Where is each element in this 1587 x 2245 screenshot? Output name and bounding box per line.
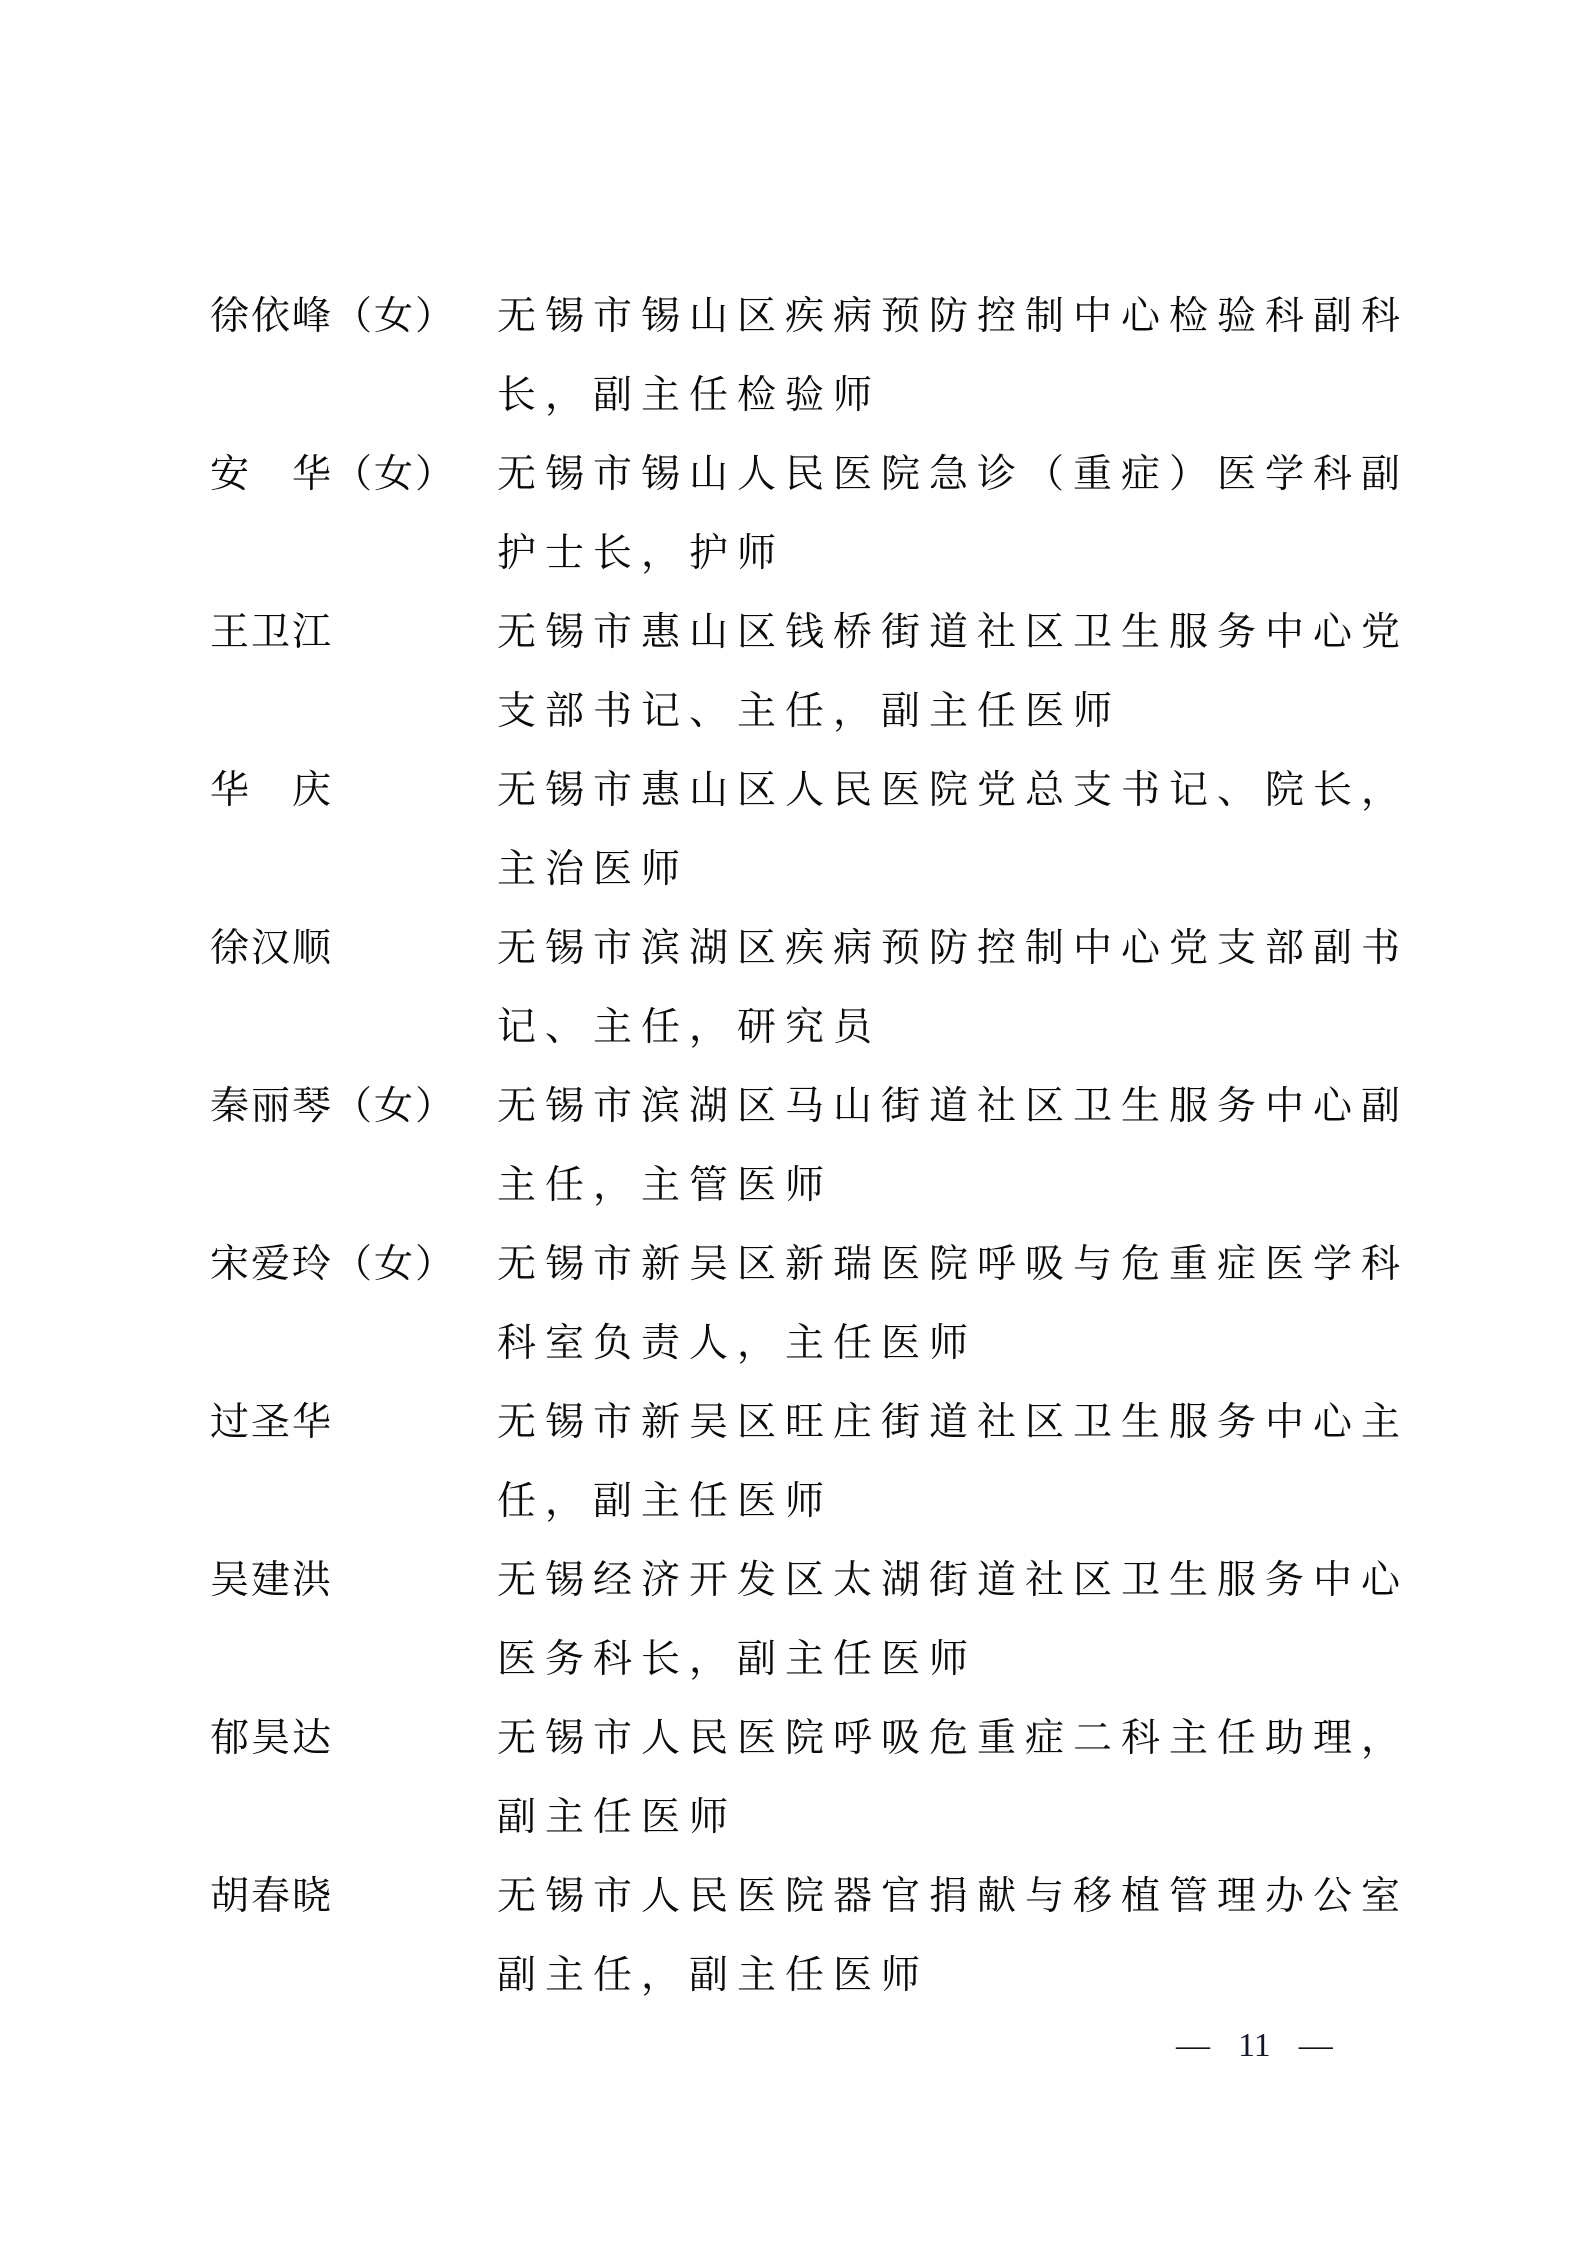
description-line: 无锡市人民医院器官捐献与移植管理办公室 [497,1857,1450,1936]
description-line: 支部书记、主任，副主任医师 [497,672,1450,751]
honoree-roster: 徐依峰（女） 无锡市锡山区疾病预防控制中心检验科副科 长，副主任检验师 安 华（… [210,277,1450,2015]
honoree-entry: 秦丽琴（女） 无锡市滨湖区马山街道社区卫生服务中心副 主任，主管医师 [210,1067,1450,1225]
honoree-entry: 华 庆 无锡市惠山区人民医院党总支书记、院长， 主治医师 [210,751,1450,909]
description-line: 副主任医师 [497,1778,1450,1857]
document-page: 徐依峰（女） 无锡市锡山区疾病预防控制中心检验科副科 长，副主任检验师 安 华（… [0,0,1587,2245]
honoree-name: 安 华（女） [210,435,497,514]
honoree-entry: 吴建洪 无锡经济开发区太湖街道社区卫生服务中心 医务科长，副主任医师 [210,1541,1450,1699]
description-line: 无锡市滨湖区马山街道社区卫生服务中心副 [497,1067,1450,1146]
honoree-entry: 安 华（女） 无锡市锡山人民医院急诊（重症）医学科副 护士长，护师 [210,435,1450,593]
honoree-name: 秦丽琴（女） [210,1067,497,1146]
page-number-left-dash: — [1176,2026,1210,2066]
page-number-value: 11 [1238,2026,1271,2066]
description-line: 记、主任，研究员 [497,988,1450,1067]
honoree-description: 无锡市锡山区疾病预防控制中心检验科副科 长，副主任检验师 [497,277,1450,435]
honoree-name: 徐依峰（女） [210,277,497,356]
description-line: 无锡市惠山区人民医院党总支书记、院长， [497,751,1450,830]
honoree-description: 无锡市人民医院器官捐献与移植管理办公室 副主任，副主任医师 [497,1857,1450,2015]
page-number-right-dash: — [1299,2026,1333,2066]
honoree-description: 无锡经济开发区太湖街道社区卫生服务中心 医务科长，副主任医师 [497,1541,1450,1699]
honoree-description: 无锡市锡山人民医院急诊（重症）医学科副 护士长，护师 [497,435,1450,593]
honoree-entry: 王卫江 无锡市惠山区钱桥街道社区卫生服务中心党 支部书记、主任，副主任医师 [210,593,1450,751]
description-line: 任，副主任医师 [497,1462,1450,1541]
honoree-entry: 徐依峰（女） 无锡市锡山区疾病预防控制中心检验科副科 长，副主任检验师 [210,277,1450,435]
honoree-name: 郁昊达 [210,1699,497,1778]
description-line: 无锡市锡山人民医院急诊（重症）医学科副 [497,435,1450,514]
honoree-description: 无锡市人民医院呼吸危重症二科主任助理， 副主任医师 [497,1699,1450,1857]
description-line: 主治医师 [497,830,1450,909]
honoree-name: 徐汉顺 [210,909,497,988]
description-line: 无锡市新吴区新瑞医院呼吸与危重症医学科 [497,1225,1450,1304]
honoree-description: 无锡市滨湖区疾病预防控制中心党支部副书 记、主任，研究员 [497,909,1450,1067]
page-number: — 11 — [1176,2026,1333,2066]
honoree-name: 胡春晓 [210,1857,497,1936]
honoree-description: 无锡市惠山区人民医院党总支书记、院长， 主治医师 [497,751,1450,909]
honoree-description: 无锡市滨湖区马山街道社区卫生服务中心副 主任，主管医师 [497,1067,1450,1225]
honoree-name: 华 庆 [210,751,497,830]
honoree-entry: 胡春晓 无锡市人民医院器官捐献与移植管理办公室 副主任，副主任医师 [210,1857,1450,2015]
description-line: 科室负责人，主任医师 [497,1304,1450,1383]
description-line: 无锡市人民医院呼吸危重症二科主任助理， [497,1699,1450,1778]
description-line: 护士长，护师 [497,514,1450,593]
honoree-entry: 宋爱玲（女） 无锡市新吴区新瑞医院呼吸与危重症医学科 科室负责人，主任医师 [210,1225,1450,1383]
honoree-description: 无锡市惠山区钱桥街道社区卫生服务中心党 支部书记、主任，副主任医师 [497,593,1450,751]
description-line: 无锡市滨湖区疾病预防控制中心党支部副书 [497,909,1450,988]
description-line: 无锡市新吴区旺庄街道社区卫生服务中心主 [497,1383,1450,1462]
honoree-description: 无锡市新吴区旺庄街道社区卫生服务中心主 任，副主任医师 [497,1383,1450,1541]
description-line: 无锡市惠山区钱桥街道社区卫生服务中心党 [497,593,1450,672]
description-line: 无锡市锡山区疾病预防控制中心检验科副科 [497,277,1450,356]
honoree-name: 过圣华 [210,1383,497,1462]
honoree-entry: 郁昊达 无锡市人民医院呼吸危重症二科主任助理， 副主任医师 [210,1699,1450,1857]
description-line: 主任，主管医师 [497,1146,1450,1225]
description-line: 副主任，副主任医师 [497,1936,1450,2015]
honoree-name: 吴建洪 [210,1541,497,1620]
description-line: 长，副主任检验师 [497,356,1450,435]
description-line: 医务科长，副主任医师 [497,1620,1450,1699]
honoree-description: 无锡市新吴区新瑞医院呼吸与危重症医学科 科室负责人，主任医师 [497,1225,1450,1383]
honoree-entry: 徐汉顺 无锡市滨湖区疾病预防控制中心党支部副书 记、主任，研究员 [210,909,1450,1067]
honoree-name: 王卫江 [210,593,497,672]
honoree-name: 宋爱玲（女） [210,1225,497,1304]
description-line: 无锡经济开发区太湖街道社区卫生服务中心 [497,1541,1450,1620]
honoree-entry: 过圣华 无锡市新吴区旺庄街道社区卫生服务中心主 任，副主任医师 [210,1383,1450,1541]
